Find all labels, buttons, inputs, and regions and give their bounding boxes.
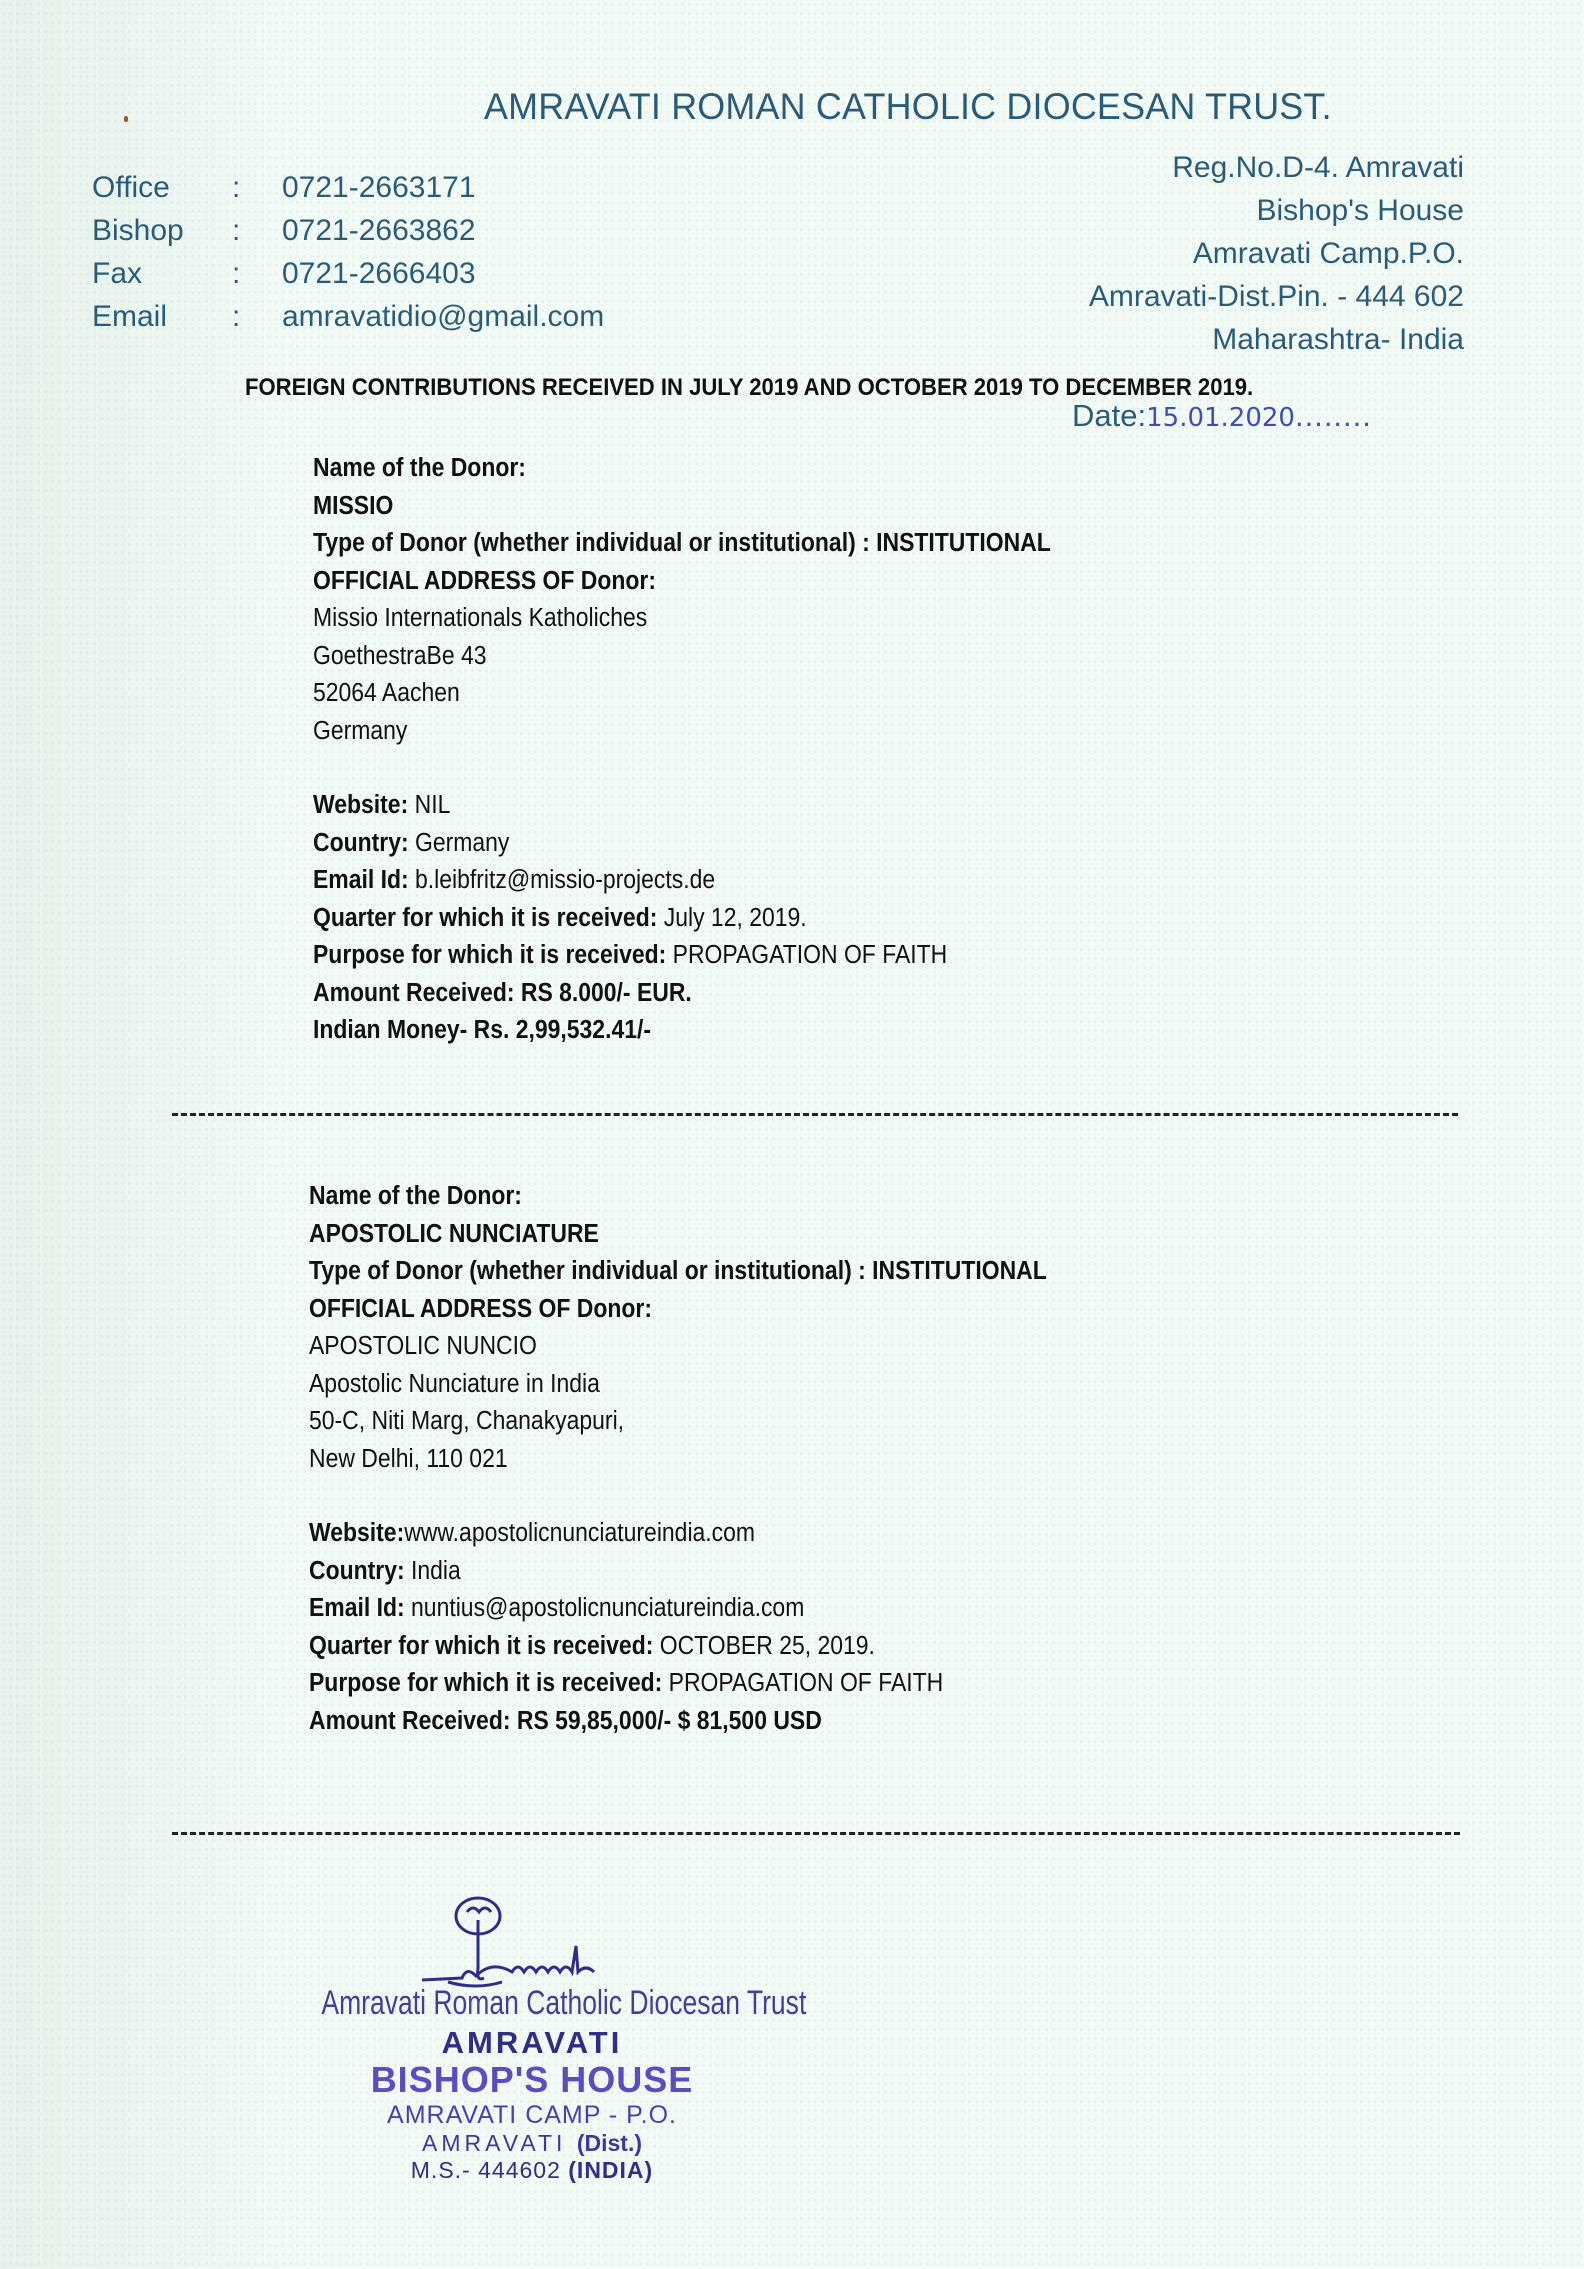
donor-type-label: Type of Donor (whether individual or ins…: [309, 1257, 866, 1285]
address-line: Maharashtra- India: [1089, 318, 1464, 361]
donor-quarter-label: Quarter for which it is received:: [309, 1632, 653, 1660]
donor-entry: Name of the Donor: APOSTOLIC NUNCIATURE …: [309, 1178, 1129, 1740]
donor-purpose-label: Purpose for which it is received:: [313, 941, 666, 969]
contact-label: Bishop: [92, 209, 232, 252]
donor-amount-label: Amount Received:: [313, 979, 514, 1007]
donor-purpose: PROPAGATION OF FAITH: [669, 1669, 944, 1697]
donor-address-line: GoethestraBe 43: [313, 638, 1051, 676]
donor-indian-money: Indian Money- Rs. 2,99,532.41/-: [313, 1016, 651, 1044]
donor-quarter-label: Quarter for which it is received:: [313, 904, 657, 932]
contact-separator: :: [232, 252, 282, 295]
donor-type: INSTITUTIONAL: [876, 529, 1051, 557]
donor-entry: Name of the Donor: MISSIO Type of Donor …: [313, 450, 1133, 1050]
donor-amount-label: Amount Received:: [309, 1707, 510, 1735]
contact-fax: Fax:0721-2666403: [92, 252, 604, 295]
contact-email: Email:amravatidio@gmail.com: [92, 295, 604, 338]
date-dots: ........: [1295, 398, 1372, 433]
donor-website: www.apostolicnunciatureindia.com: [404, 1519, 755, 1547]
stamp-district-name: AMRAVATI: [422, 2130, 566, 2156]
donor-country: Germany: [415, 829, 509, 857]
address-line: Reg.No.D-4. Amravati: [1089, 146, 1464, 189]
donor-name-label: Name of the Donor:: [309, 1182, 522, 1210]
donor-amount: RS 8.000/- EUR.: [521, 979, 692, 1007]
donor-address-line: APOSTOLIC NUNCIO: [309, 1328, 1047, 1366]
contact-separator: :: [232, 295, 282, 338]
donor-address-label: OFFICIAL ADDRESS OF Donor:: [313, 567, 656, 595]
address-line: Bishop's House: [1089, 189, 1464, 232]
contact-value: 0721-2666403: [282, 252, 476, 295]
stamp-pin-code: M.S.- 444602: [411, 2157, 561, 2183]
section-divider: [172, 1113, 1458, 1116]
donor-quarter: OCTOBER 25, 2019.: [660, 1632, 875, 1660]
donor-website: NIL: [415, 791, 451, 819]
stamp-house: BISHOP'S HOUSE: [262, 2059, 802, 2101]
section-divider: [172, 1832, 1460, 1835]
donor-website-label: Website:: [313, 791, 408, 819]
donor-email-label: Email Id:: [309, 1594, 405, 1622]
stamp-country: (INDIA): [568, 2157, 653, 2183]
stamp-pin: M.S.- 444602 (INDIA): [262, 2157, 802, 2184]
stamp-org-name: Amravati Roman Catholic Diocesan Trust: [321, 1984, 742, 2023]
donor-address-line: Apostolic Nunciature in India: [309, 1366, 1047, 1404]
signature-icon: [262, 1890, 802, 1990]
official-stamp: Amravati Roman Catholic Diocesan Trust A…: [262, 1890, 802, 2184]
handwritten-date: 15.01.2020: [1146, 403, 1295, 433]
donor-address-line: New Delhi, 110 021: [309, 1441, 1047, 1479]
donor-purpose: PROPAGATION OF FAITH: [673, 941, 948, 969]
donor-name: APOSTOLIC NUNCIATURE: [309, 1220, 599, 1248]
donor-type-label: Type of Donor (whether individual or ins…: [313, 529, 870, 557]
contact-label: Fax: [92, 252, 232, 295]
scan-speck: [124, 116, 128, 122]
donor-website-label: Website:: [309, 1519, 404, 1547]
contact-value: amravatidio@gmail.com: [282, 295, 604, 338]
donor-address-line: Germany: [313, 713, 1051, 751]
donor-type: INSTITUTIONAL: [872, 1257, 1047, 1285]
donor-purpose-label: Purpose for which it is received:: [309, 1669, 662, 1697]
donor-quarter: July 12, 2019.: [664, 904, 807, 932]
stamp-district-suffix: (Dist.): [577, 2130, 642, 2156]
org-title: AMRAVATI ROMAN CATHOLIC DIOCESAN TRUST.: [484, 86, 1332, 128]
donor-amount: RS 59,85,000/- $ 81,500 USD: [517, 1707, 822, 1735]
donor-address-line: 52064 Aachen: [313, 675, 1051, 713]
donor-country-label: Country:: [313, 829, 409, 857]
donor-name-label: Name of the Donor:: [313, 454, 526, 482]
address-line: Amravati-Dist.Pin. - 444 602: [1089, 275, 1464, 318]
date-label: Date:: [1072, 398, 1146, 433]
contact-bishop: Bishop:0721-2663862: [92, 209, 604, 252]
donor-name: MISSIO: [313, 492, 393, 520]
contact-separator: :: [232, 209, 282, 252]
contact-value: 0721-2663862: [282, 209, 476, 252]
contact-label: Email: [92, 295, 232, 338]
donor-email-label: Email Id:: [313, 866, 409, 894]
contact-label: Office: [92, 166, 232, 209]
stamp-city: AMRAVATI: [262, 2025, 802, 2061]
contact-block: Office:0721-2663171 Bishop:0721-2663862 …: [92, 166, 604, 338]
donor-address-line: 50-C, Niti Marg, Chanakyapuri,: [309, 1403, 1047, 1441]
stamp-po: AMRAVATI CAMP - P.O.: [262, 2101, 802, 2130]
contact-separator: :: [232, 166, 282, 209]
scanned-page: AMRAVATI ROMAN CATHOLIC DIOCESAN TRUST. …: [0, 0, 1584, 2269]
donor-email: b.leibfritz@missio-projects.de: [415, 866, 715, 894]
donor-country: India: [411, 1557, 461, 1585]
donor-address-line: Missio Internationals Katholiches: [313, 600, 1051, 638]
donor-country-label: Country:: [309, 1557, 405, 1585]
contact-office: Office:0721-2663171: [92, 166, 604, 209]
donor-email: nuntius@apostolicnunciatureindia.com: [411, 1594, 804, 1622]
letterhead-address: Reg.No.D-4. Amravati Bishop's House Amra…: [1089, 146, 1464, 361]
date-line: Date:15.01.2020........: [1072, 398, 1372, 434]
address-line: Amravati Camp.P.O.: [1089, 232, 1464, 275]
stamp-district: AMRAVATI (Dist.): [262, 2130, 802, 2157]
donor-address-label: OFFICIAL ADDRESS OF Donor:: [309, 1295, 652, 1323]
contact-value: 0721-2663171: [282, 166, 476, 209]
